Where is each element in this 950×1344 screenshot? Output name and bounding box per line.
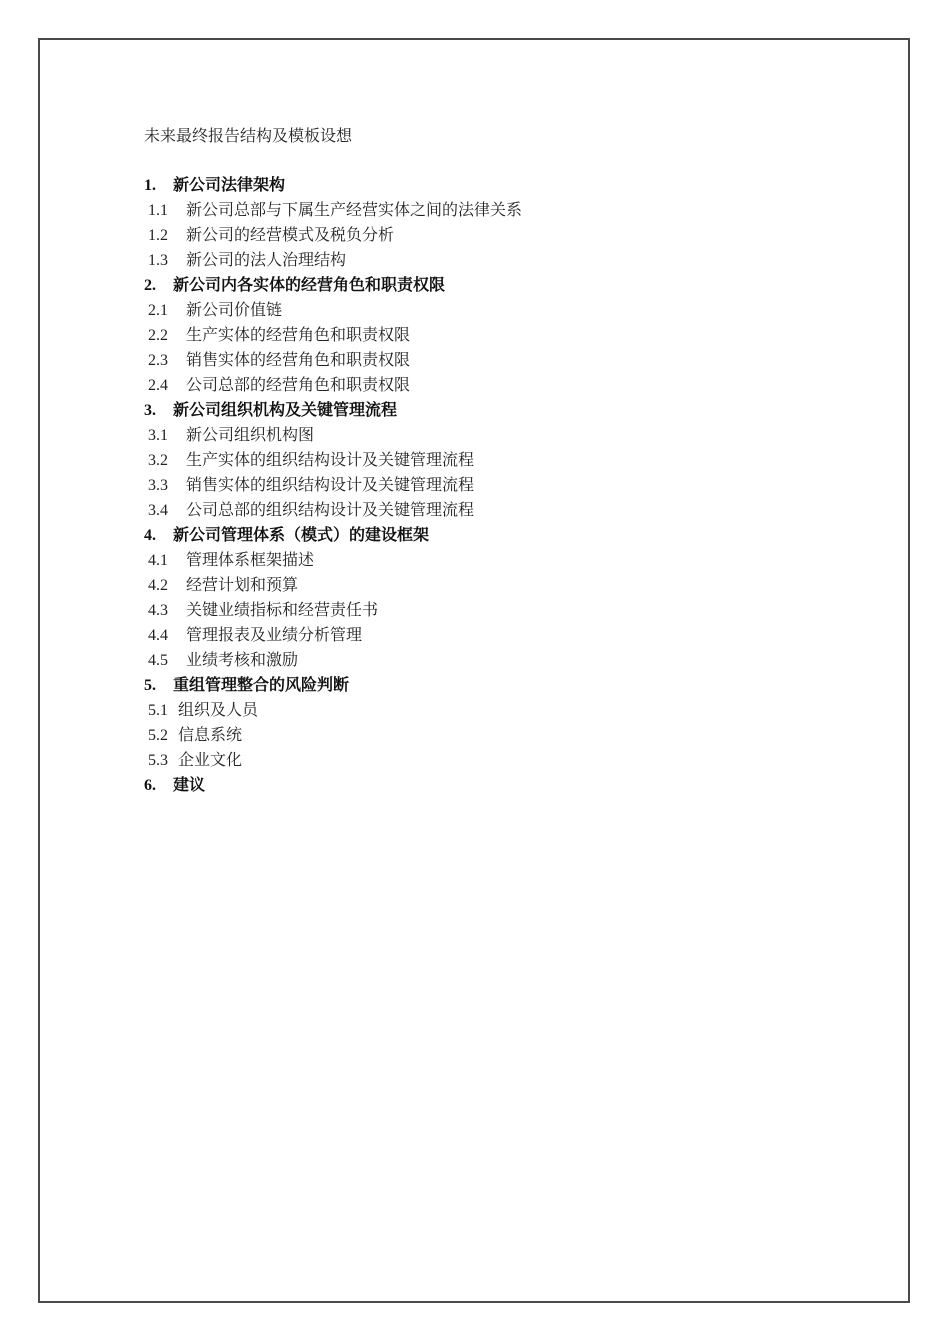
subsection-2-4: 2.4 公司总部的经营角色和职责权限 xyxy=(144,373,844,398)
section-heading-6: 6. 建议 xyxy=(144,773,844,798)
subsection-title: 管理体系框架描述 xyxy=(186,548,314,573)
section-number: 4. xyxy=(144,523,173,548)
subsection-title: 新公司价值链 xyxy=(186,298,282,323)
subsection-number: 2.4 xyxy=(144,373,186,398)
subsection-3-1: 3.1 新公司组织机构图 xyxy=(144,423,844,448)
subsection-title: 管理报表及业绩分析管理 xyxy=(186,623,362,648)
subsection-number: 4.1 xyxy=(144,548,186,573)
subsection-title: 企业文化 xyxy=(178,748,242,773)
subsection-number: 5.1 xyxy=(144,698,178,723)
subsection-number: 1.2 xyxy=(144,223,186,248)
subsection-title: 销售实体的经营角色和职责权限 xyxy=(186,348,410,373)
subsection-4-5: 4.5 业绩考核和激励 xyxy=(144,648,844,673)
section-title: 新公司组织机构及关键管理流程 xyxy=(173,398,397,423)
subsection-1-3: 1.3 新公司的法人治理结构 xyxy=(144,248,844,273)
subsection-title: 新公司总部与下属生产经营实体之间的法律关系 xyxy=(186,198,522,223)
subsection-title: 公司总部的经营角色和职责权限 xyxy=(186,373,410,398)
subsection-1-1: 1.1 新公司总部与下属生产经营实体之间的法律关系 xyxy=(144,198,844,223)
subsection-4-2: 4.2 经营计划和预算 xyxy=(144,573,844,598)
section-number: 3. xyxy=(144,398,173,423)
subsection-number: 1.3 xyxy=(144,248,186,273)
subsection-number: 3.2 xyxy=(144,448,186,473)
subsection-5-3: 5.3 企业文化 xyxy=(144,748,844,773)
subsection-number: 2.1 xyxy=(144,298,186,323)
subsection-title: 信息系统 xyxy=(178,723,242,748)
subsection-5-1: 5.1 组织及人员 xyxy=(144,698,844,723)
subsection-number: 3.4 xyxy=(144,498,186,523)
section-number: 6. xyxy=(144,773,173,798)
subsection-2-1: 2.1 新公司价值链 xyxy=(144,298,844,323)
subsection-4-1: 4.1 管理体系框架描述 xyxy=(144,548,844,573)
subsection-number: 2.3 xyxy=(144,348,186,373)
subsection-title: 生产实体的经营角色和职责权限 xyxy=(186,323,410,348)
subsection-title: 经营计划和预算 xyxy=(186,573,298,598)
subsection-title: 生产实体的组织结构设计及关键管理流程 xyxy=(186,448,474,473)
section-heading-2: 2. 新公司内各实体的经营角色和职责权限 xyxy=(144,273,844,298)
subsection-1-2: 1.2 新公司的经营模式及税负分析 xyxy=(144,223,844,248)
subsection-2-2: 2.2 生产实体的经营角色和职责权限 xyxy=(144,323,844,348)
subsection-title: 业绩考核和激励 xyxy=(186,648,298,673)
section-heading-3: 3. 新公司组织机构及关键管理流程 xyxy=(144,398,844,423)
section-number: 2. xyxy=(144,273,173,298)
subsection-number: 4.4 xyxy=(144,623,186,648)
subsection-2-3: 2.3 销售实体的经营角色和职责权限 xyxy=(144,348,844,373)
section-heading-1: 1. 新公司法律架构 xyxy=(144,173,844,198)
subsection-4-4: 4.4 管理报表及业绩分析管理 xyxy=(144,623,844,648)
subsection-title: 公司总部的组织结构设计及关键管理流程 xyxy=(186,498,474,523)
subsection-number: 5.2 xyxy=(144,723,178,748)
subsection-3-3: 3.3 销售实体的组织结构设计及关键管理流程 xyxy=(144,473,844,498)
section-heading-4: 4. 新公司管理体系（模式）的建设框架 xyxy=(144,523,844,548)
subsection-title: 销售实体的组织结构设计及关键管理流程 xyxy=(186,473,474,498)
section-title: 新公司管理体系（模式）的建设框架 xyxy=(173,523,429,548)
section-title: 建议 xyxy=(173,773,205,798)
subsection-title: 组织及人员 xyxy=(178,698,258,723)
section-title: 重组管理整合的风险判断 xyxy=(173,673,349,698)
subsection-3-2: 3.2 生产实体的组织结构设计及关键管理流程 xyxy=(144,448,844,473)
subsection-title: 新公司组织机构图 xyxy=(186,423,314,448)
subsection-4-3: 4.3 关键业绩指标和经营责任书 xyxy=(144,598,844,623)
subsection-number: 1.1 xyxy=(144,198,186,223)
document-body: 未来最终报告结构及模板设想 1. 新公司法律架构 1.1 新公司总部与下属生产经… xyxy=(144,124,844,798)
subsection-number: 5.3 xyxy=(144,748,178,773)
section-number: 1. xyxy=(144,173,173,198)
subsection-title: 新公司的经营模式及税负分析 xyxy=(186,223,394,248)
section-number: 5. xyxy=(144,673,173,698)
subsection-number: 3.1 xyxy=(144,423,186,448)
subsection-title: 关键业绩指标和经营责任书 xyxy=(186,598,378,623)
subsection-5-2: 5.2 信息系统 xyxy=(144,723,844,748)
subsection-title: 新公司的法人治理结构 xyxy=(186,248,346,273)
section-title: 新公司法律架构 xyxy=(173,173,285,198)
subsection-number: 4.2 xyxy=(144,573,186,598)
subsection-3-4: 3.4 公司总部的组织结构设计及关键管理流程 xyxy=(144,498,844,523)
section-title: 新公司内各实体的经营角色和职责权限 xyxy=(173,273,445,298)
subsection-number: 2.2 xyxy=(144,323,186,348)
subsection-number: 4.3 xyxy=(144,598,186,623)
section-heading-5: 5. 重组管理整合的风险判断 xyxy=(144,673,844,698)
document-title: 未来最终报告结构及模板设想 xyxy=(144,124,844,149)
subsection-number: 3.3 xyxy=(144,473,186,498)
subsection-number: 4.5 xyxy=(144,648,186,673)
